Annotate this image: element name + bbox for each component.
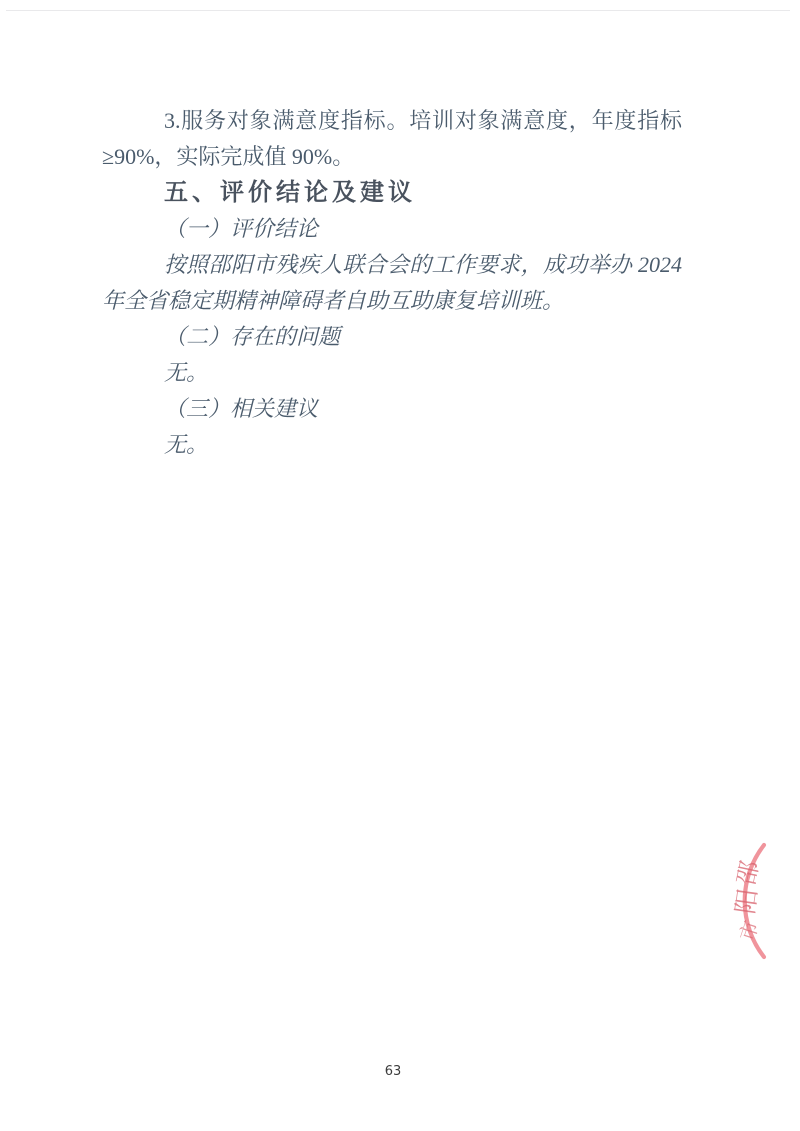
paragraph-line: 无。 <box>102 427 682 463</box>
document-page: 3.服务对象满意度指标。培训对象满意度，年度指标值 ≥90%，实际完成值 90%… <box>0 0 800 1131</box>
stamp-character: 阳 <box>733 887 761 915</box>
section-heading: 五、评价结论及建议 <box>102 175 682 211</box>
subsection-heading: （三）相关建议 <box>102 391 682 427</box>
scan-artifact-line <box>6 10 790 11</box>
subsection-heading: （二）存在的问题 <box>102 319 682 355</box>
document-body: 3.服务对象满意度指标。培训对象满意度，年度指标值 ≥90%，实际完成值 90%… <box>102 103 682 463</box>
paragraph-line: 3.服务对象满意度指标。培训对象满意度，年度指标值 <box>102 103 682 139</box>
paragraph-line: 年全省稳定期精神障碍者自助互助康复培训班。 <box>102 283 682 319</box>
paragraph-line: 按照邵阳市残疾人联合会的工作要求，成功举办 2024 <box>102 247 682 283</box>
stamp-character: 邵 <box>735 859 763 887</box>
paragraph-line: ≥90%，实际完成值 90%。 <box>102 139 682 175</box>
page-number: 63 <box>0 1064 786 1079</box>
paragraph-line: 无。 <box>102 355 682 391</box>
subsection-heading: （一）评价结论 <box>102 211 682 247</box>
